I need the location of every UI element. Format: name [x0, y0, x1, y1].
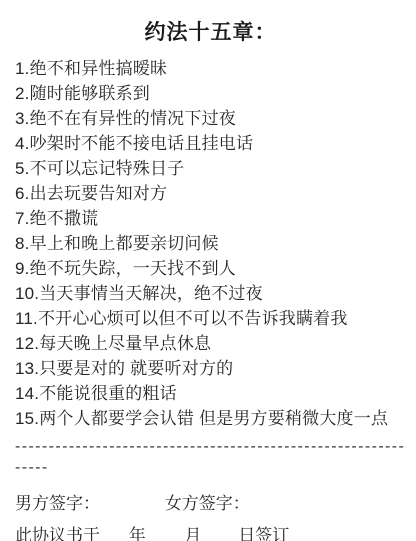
rule-item: 9.绝不玩失踪，一天找不到人	[15, 256, 406, 281]
signature-row: 男方签字： 女方签字：	[15, 491, 406, 516]
rule-item: 5.不可以忘记特殊日子	[15, 156, 406, 181]
page-title: 约法十五章：	[15, 20, 406, 46]
rule-item: 6.出去玩要告知对方	[15, 181, 406, 206]
rule-item: 7.绝不撒谎	[15, 206, 406, 231]
rule-item: 15.两个人都要学会认错 但是男方要稍微大度一点	[15, 406, 406, 431]
rule-item: 10.当天事情当天解决，绝不过夜	[15, 281, 406, 306]
rules-list: 1.绝不和异性搞暧昧 2.随时能够联系到 3.绝不在有异性的情况下过夜 4.吵架…	[15, 56, 406, 431]
dashed-divider: ----------------------------------------…	[15, 436, 406, 478]
date-prefix-label: 此协议书于	[15, 526, 100, 541]
rule-item: 13.只要是对的 就要听对方的	[15, 356, 406, 381]
date-row: 此协议书于 年 月 日签订	[15, 523, 406, 541]
rule-item: 8.早上和晚上都要亲切问候	[15, 231, 406, 256]
agreement-document: 约法十五章： 1.绝不和异性搞暧昧 2.随时能够联系到 3.绝不在有异性的情况下…	[0, 0, 416, 541]
date-day-label: 日签订	[238, 526, 289, 541]
rule-item: 12.每天晚上尽量早点休息	[15, 331, 406, 356]
rule-item: 1.绝不和异性搞暧昧	[15, 56, 406, 81]
rule-item: 4.吵架时不能不接电话且挂电话	[15, 131, 406, 156]
male-signature-label: 男方签字：	[15, 494, 100, 513]
dashed-divider-line-1: ----------------------------------------…	[15, 436, 406, 457]
date-month-label: 月	[184, 526, 201, 541]
rule-item: 14.不能说很重的粗话	[15, 381, 406, 406]
dashed-divider-line-2: -----	[15, 457, 406, 478]
female-signature-label: 女方签字：	[165, 494, 250, 513]
rule-item: 3.绝不在有异性的情况下过夜	[15, 106, 406, 131]
date-year-label: 年	[129, 526, 146, 541]
rule-item: 11.不开心心烦可以但不可以不告诉我瞒着我	[15, 306, 406, 331]
rule-item: 2.随时能够联系到	[15, 81, 406, 106]
